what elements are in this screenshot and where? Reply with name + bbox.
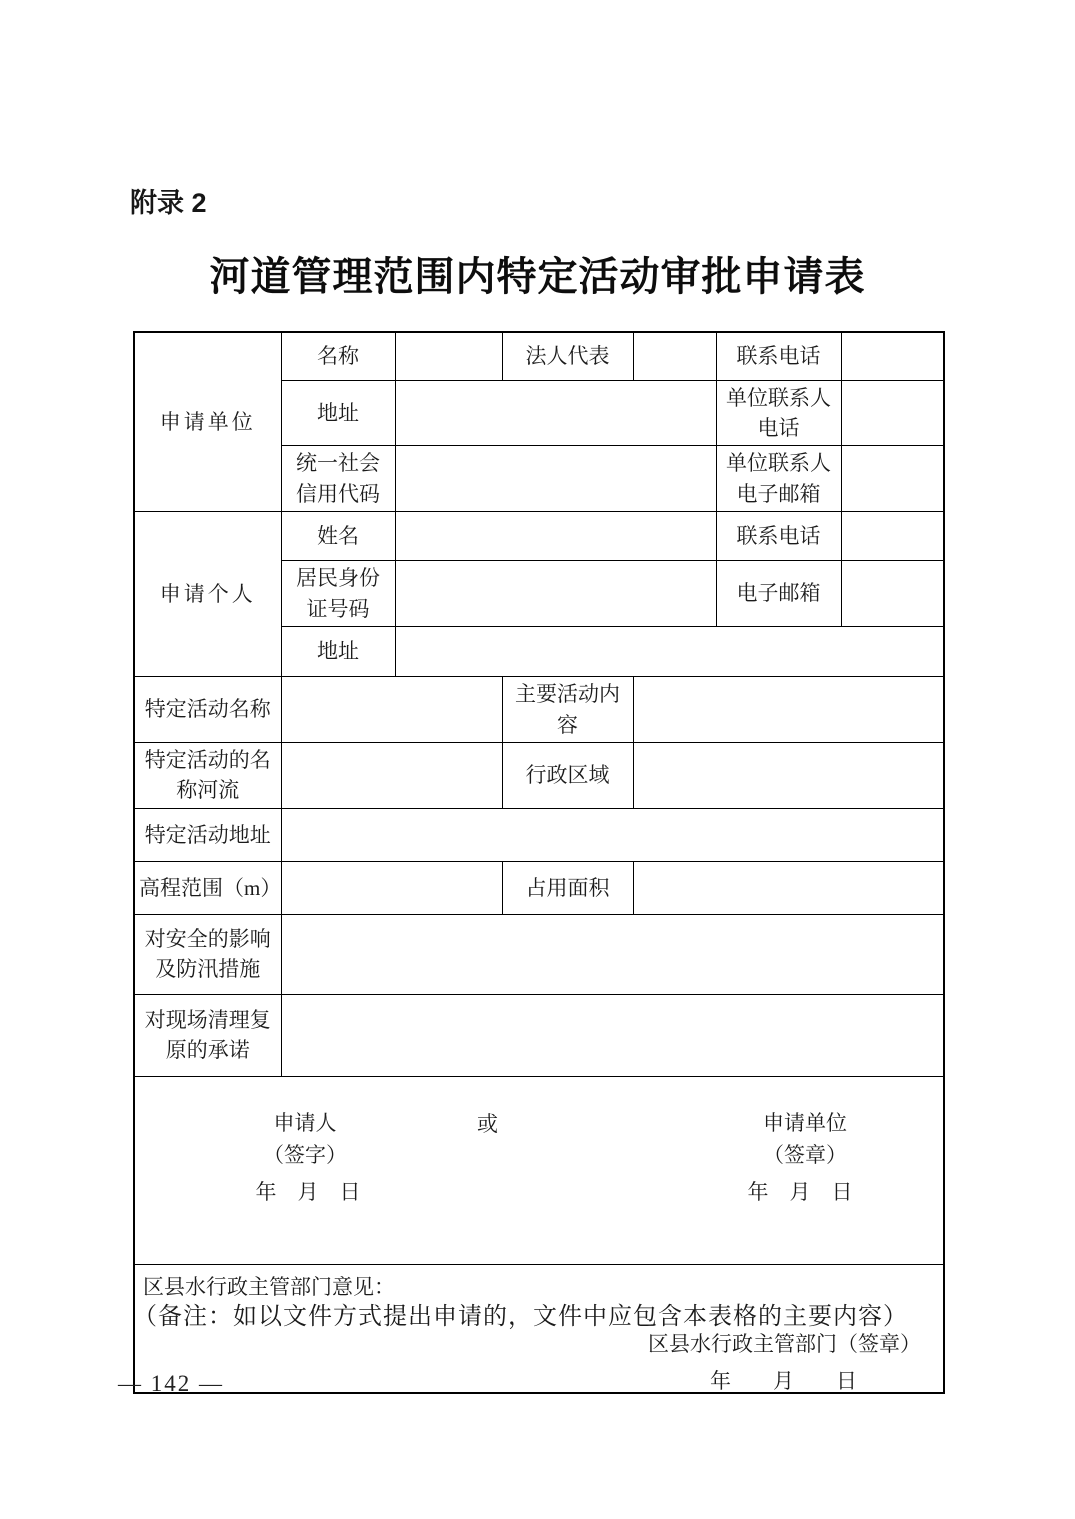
org-legal-rep-value-cell: [633, 332, 716, 380]
person-phone-value-cell: [841, 512, 944, 561]
person-phone-label: 联系电话: [716, 512, 841, 561]
org-date-line: 年 月 日: [705, 1177, 895, 1207]
page-title: 河道管理范围内特定活动审批申请表: [0, 245, 1075, 302]
admin-region-value-cell: [633, 743, 944, 809]
admin-region-label: 行政区域: [502, 743, 633, 809]
person-email-label: 电子邮箱: [716, 561, 841, 627]
org-contact-email-value-cell: [841, 446, 944, 512]
or-label: 或: [477, 1109, 498, 1139]
org-seal-label: 申请单位 （签章）: [730, 1107, 880, 1172]
main-content-value-cell: [633, 677, 944, 743]
org-address-value-cell: [395, 380, 716, 446]
person-name-label: 姓名: [281, 512, 395, 561]
occupied-area-label: 占用面积: [502, 861, 633, 914]
table-row: 高程范围（m） 占用面积: [134, 861, 944, 914]
signature-cell: 申请人 （签字） 或 申请单位 （签章） 年 月 日 年 月 日: [134, 1076, 944, 1264]
signature-row: 申请人 （签字） 或 申请单位 （签章） 年 月 日 年 月 日: [134, 1076, 944, 1264]
org-address-label: 地址: [281, 380, 395, 446]
org-contact-phone-label: 单位联系人 电话: [716, 380, 841, 446]
person-id-value-cell: [395, 561, 716, 627]
activity-name-value-cell: [281, 677, 502, 743]
org-credit-code-value-cell: [395, 446, 716, 512]
authority-seal-label: 区县水行政主管部门（签章）: [648, 1329, 921, 1359]
table-row: 申请单位 名称 法人代表 联系电话: [134, 332, 944, 380]
elevation-range-value-cell: [281, 861, 502, 914]
safety-impact-label: 对安全的影响 及防汛措施: [134, 914, 281, 994]
person-group-label: 申请个人: [134, 512, 281, 677]
appendix-label: 附录 2: [130, 181, 207, 220]
table-row: 特定活动地址: [134, 808, 944, 861]
river-name-value-cell: [281, 743, 502, 809]
person-id-label: 居民身份 证号码: [281, 561, 395, 627]
person-address-label: 地址: [281, 627, 395, 677]
table-row: 对安全的影响 及防汛措施: [134, 914, 944, 994]
authority-date-line: 年 月 日: [710, 1366, 857, 1396]
application-form-table: 申请单位 名称 法人代表 联系电话 地址 单位联系人 电话 统一社会 信用代码 …: [133, 331, 945, 1394]
person-name-value-cell: [395, 512, 716, 561]
table-row: 特定活动的名 称河流 行政区域: [134, 743, 944, 809]
org-legal-rep-label: 法人代表: [502, 332, 633, 380]
org-credit-code-label: 统一社会 信用代码: [281, 446, 395, 512]
river-name-label: 特定活动的名 称河流: [134, 743, 281, 809]
safety-impact-value-cell: [281, 914, 944, 994]
org-phone-value-cell: [841, 332, 944, 380]
applicant-signature-label: 申请人 （签字）: [230, 1107, 380, 1172]
page-number: — 142 —: [118, 1371, 224, 1397]
main-content-label: 主要活动内 容: [502, 677, 633, 743]
table-row: 特定活动名称 主要活动内 容: [134, 677, 944, 743]
table-row: 申请个人 姓名 联系电话: [134, 512, 944, 561]
elevation-range-label: 高程范围（m）: [134, 861, 281, 914]
occupied-area-value-cell: [633, 861, 944, 914]
site-restore-value-cell: [281, 994, 944, 1076]
org-name-value-cell: [395, 332, 502, 380]
org-contact-email-label: 单位联系人 电子邮箱: [716, 446, 841, 512]
footnote: （备注：如以文件方式提出申请的，文件中应包含本表格的主要内容）: [133, 1296, 943, 1331]
person-address-value-cell: [395, 627, 944, 677]
applicant-date-line: 年 月 日: [233, 1177, 383, 1207]
org-name-label: 名称: [281, 332, 395, 380]
document-page: 附录 2 河道管理范围内特定活动审批申请表 申请单位 名称 法人代表 联系电话 …: [0, 0, 1075, 1519]
org-phone-label: 联系电话: [716, 332, 841, 380]
org-contact-phone-value-cell: [841, 380, 944, 446]
activity-address-label: 特定活动地址: [134, 808, 281, 861]
activity-address-value-cell: [281, 808, 944, 861]
activity-name-label: 特定活动名称: [134, 677, 281, 743]
table-row: 对现场清理复 原的承诺: [134, 994, 944, 1076]
person-email-value-cell: [841, 561, 944, 627]
site-restore-label: 对现场清理复 原的承诺: [134, 994, 281, 1076]
org-group-label: 申请单位: [134, 332, 281, 512]
